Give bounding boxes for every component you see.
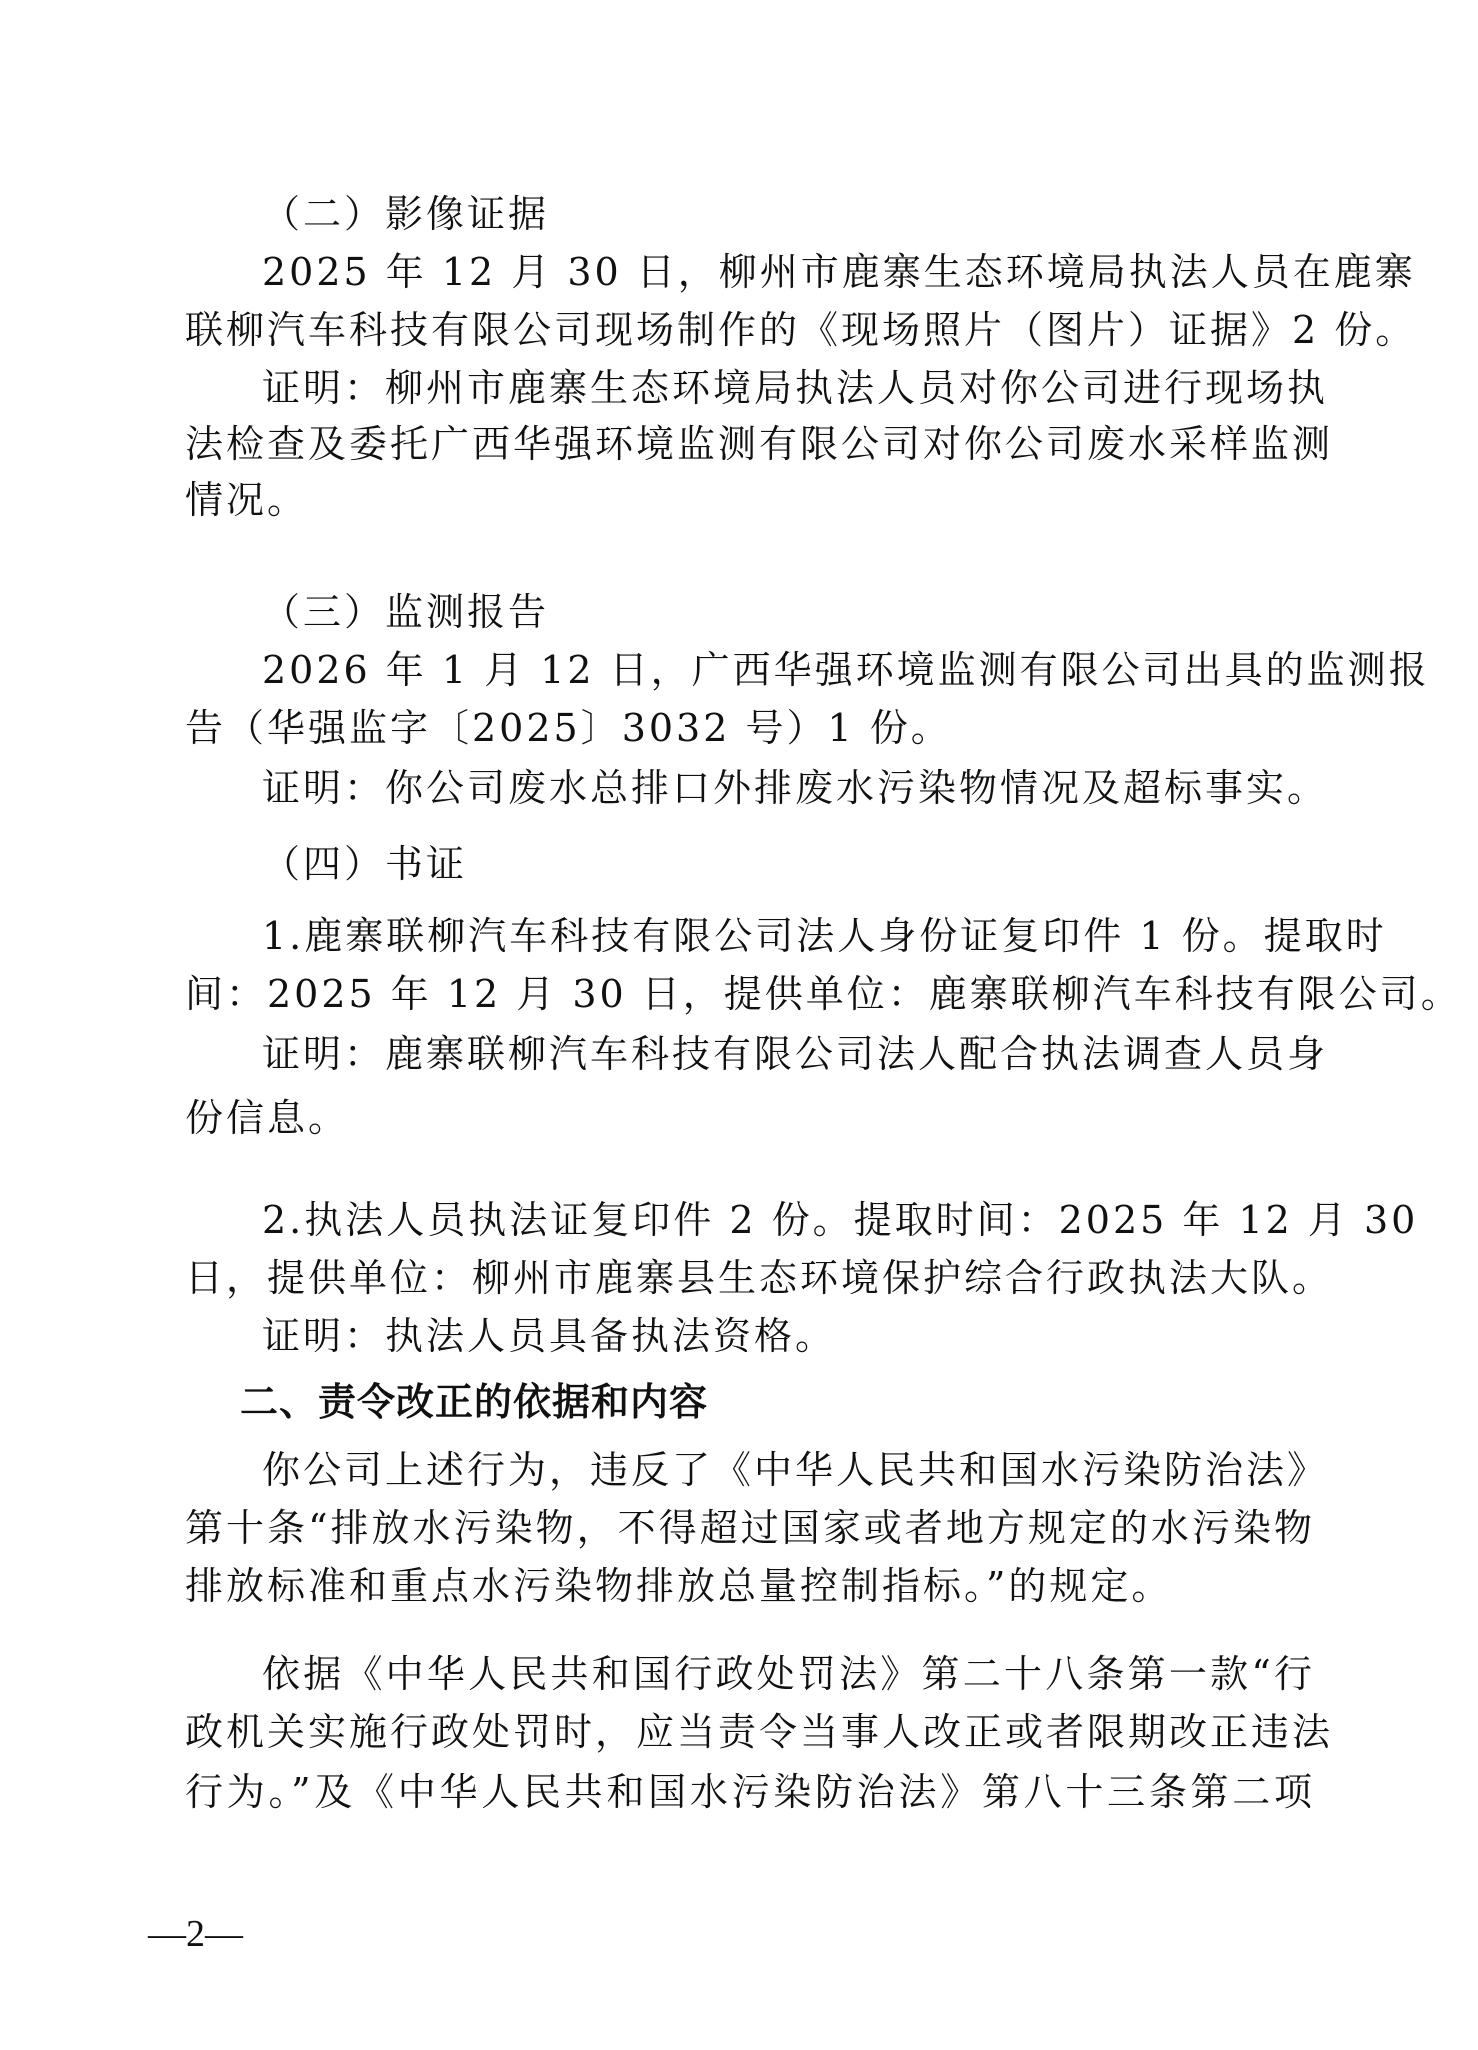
paragraph-line: 你公司上述行为，违反了《中华人民共和国水污染防治法》 [262,1446,1315,1494]
paragraph-line: 2025 年 12 月 30 日，柳州市鹿寨生态环境局执法人员在鹿寨 [262,248,1315,296]
paragraph-line: 依据《中华人民共和国行政处罚法》第二十八条第一款“行 [262,1650,1315,1698]
paragraph-line: 排放标准和重点水污染物排放总量控制指标。”的规定。 [185,1562,1315,1610]
paragraph-line: 日，提供单位：柳州市鹿寨县生态环境保护综合行政执法大队。 [185,1254,1315,1302]
paragraph-line: 1.鹿寨联柳汽车科技有限公司法人身份证复印件 1 份。提取时 [262,912,1315,960]
page-number: —2— [148,1910,243,1958]
paragraph-line: 告（华强监字〔2025〕3032 号）1 份。 [185,704,1315,752]
section-heading-correction-basis: 二、责令改正的依据和内容 [240,1378,1370,1426]
document-page: （二）影像证据 2025 年 12 月 30 日，柳州市鹿寨生态环境局执法人员在… [0,0,1478,2050]
proof-line: 证明：柳州市鹿寨生态环境局执法人员对你公司进行现场执 [262,364,1315,412]
paragraph-line: 2026 年 1 月 12 日，广西华强环境监测有限公司出具的监测报 [262,646,1315,694]
proof-line: 份信息。 [185,1094,1315,1142]
paragraph-line: 第十条“排放水污染物，不得超过国家或者地方规定的水污染物 [185,1504,1315,1552]
paragraph-line: 行为。”及《中华人民共和国水污染防治法》第八十三条第二项 [185,1768,1315,1816]
paragraph-line: 政机关实施行政处罚时，应当责令当事人改正或者限期改正违法 [185,1708,1315,1756]
section-heading-monitoring-report: （三）监测报告 [262,588,1315,636]
proof-line: 情况。 [185,476,1315,524]
paragraph-line: 间：2025 年 12 月 30 日，提供单位：鹿寨联柳汽车科技有限公司。 [185,970,1315,1018]
paragraph-line: 2.执法人员执法证复印件 2 份。提取时间：2025 年 12 月 30 [262,1196,1315,1244]
section-heading-documentary-evidence: （四）书证 [262,840,1315,888]
paragraph-line: 联柳汽车科技有限公司现场制作的《现场照片（图片）证据》2 份。 [185,306,1315,354]
proof-line: 证明：执法人员具备执法资格。 [262,1312,1315,1360]
section-heading-image-evidence: （二）影像证据 [262,190,1315,238]
proof-line: 法检查及委托广西华强环境监测有限公司对你公司废水采样监测 [185,420,1315,468]
proof-line: 证明：鹿寨联柳汽车科技有限公司法人配合执法调查人员身 [262,1030,1315,1078]
proof-line: 证明：你公司废水总排口外排废水污染物情况及超标事实。 [262,764,1315,812]
